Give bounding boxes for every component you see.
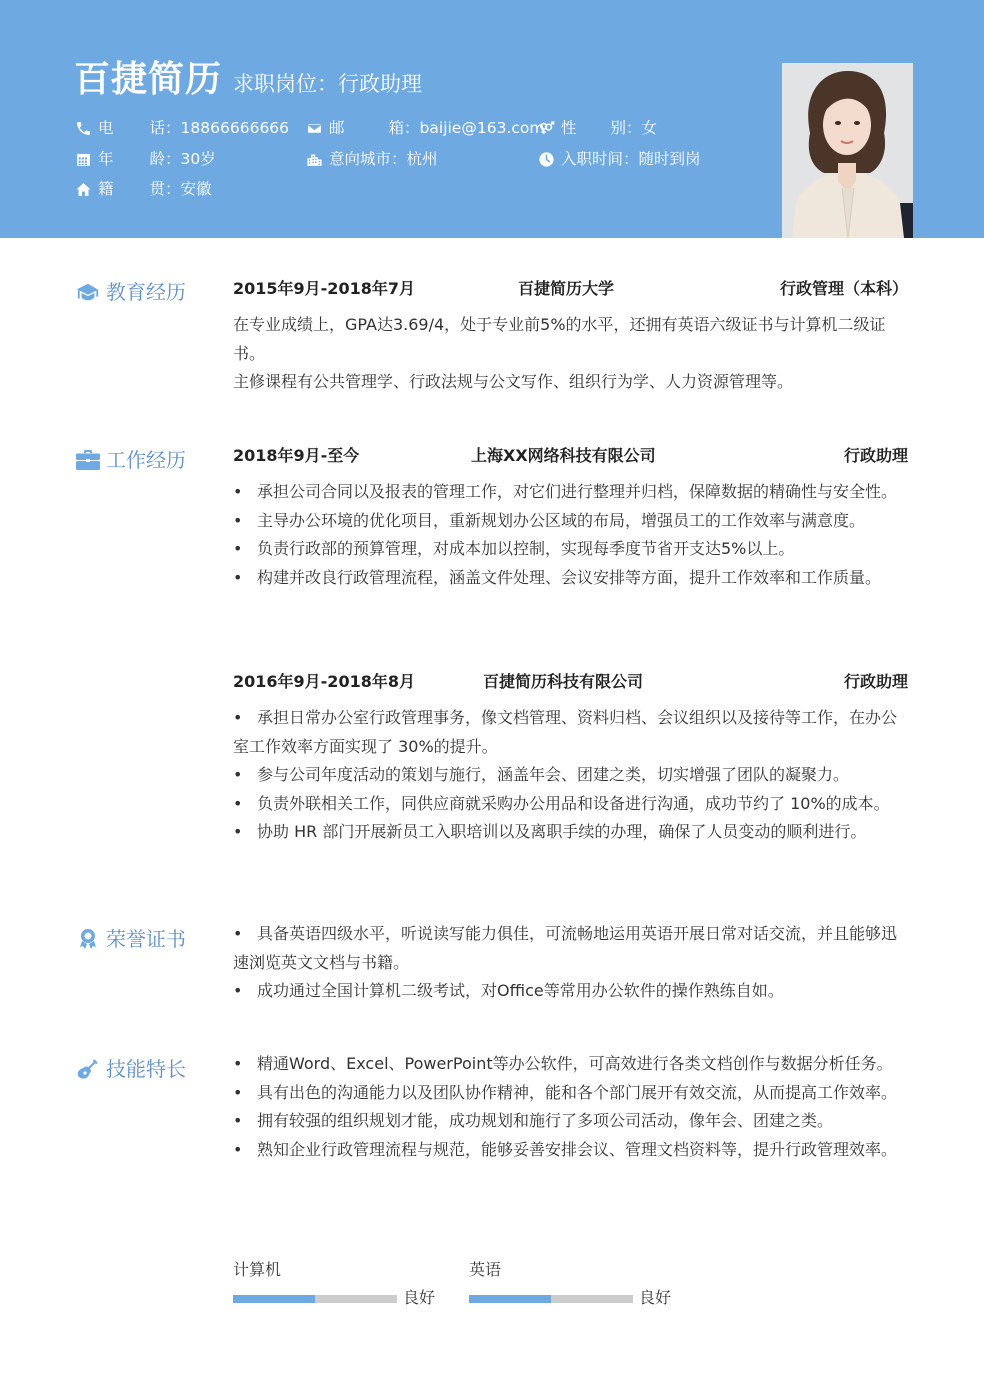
list-item: •承担日常办公室行政管理事务，像文档管理、资料归档、会议组织以及接待等工作，在办… [233,704,903,761]
work-role: 行政助理 [844,670,908,694]
work-entry-header: 2018年9月-至今 上海XX网络科技有限公司 行政助理 [233,444,908,468]
list-item: •负责外联相关工作，同供应商就采购办公用品和设备进行沟通，成功节约了 10%的成… [233,790,903,819]
education-description: 在专业成绩上，GPA达3.69/4，处于专业前5%的水平，还拥有英语六级证书与计… [233,311,903,397]
info-age: 年 龄：30岁 [74,148,216,170]
work-entry-header: 2016年9月-2018年8月 百捷简历科技有限公司 行政助理 [233,670,908,694]
info-start-date: 入职时间：随时到岗 [537,148,701,170]
skill-label: 计算机 [233,1258,281,1282]
education-entry-header: 2015年9月-2018年7月 百捷简历大学 行政管理（本科） [233,277,908,301]
list-item: •拥有较强的组织规划才能，成功规划和施行了多项公司活动，像年会、团建之类。 [233,1107,903,1136]
profile-photo [782,63,913,238]
email-value: baijie@163.com [420,117,545,139]
skill-bar-computer: 计算机 良好 [233,1258,281,1282]
info-email: 邮 箱：baijie@163.com [305,117,544,139]
skills-bullets: •精通Word、Excel、PowerPoint等办公软件，可高效进行各类文档创… [233,1050,903,1164]
skill-track [469,1295,633,1303]
education-school: 百捷简历大学 [518,277,614,301]
skill-level: 良好 [403,1286,435,1310]
list-item: •精通Word、Excel、PowerPoint等办公软件，可高效进行各类文档创… [233,1050,903,1079]
info-gender: 性 别：女 [537,117,657,139]
section-title-skills: 技能特长 [76,1055,186,1083]
skill-label: 英语 [469,1258,501,1282]
skill-level: 良好 [639,1286,671,1310]
work-period: 2016年9月-2018年8月 [233,670,415,694]
clock-icon [537,150,555,168]
calendar-icon [74,150,92,168]
guitar-icon [76,1058,100,1080]
start-date-value: 随时到岗 [639,148,701,170]
hometown-value: 安徽 [181,178,212,200]
mail-icon [305,119,323,137]
section-title-honors: 荣誉证书 [76,925,186,953]
education-period: 2015年9月-2018年7月 [233,277,415,301]
info-hometown: 籍 贯：安徽 [74,178,212,200]
info-phone: 电 话：18866666666 [74,117,289,139]
list-item: •参与公司年度活动的策划与施行，涵盖年会、团建之类，切实增强了团队的凝聚力。 [233,761,903,790]
list-item: •构建并改良行政管理流程，涵盖文件处理、会议安排等方面，提升工作效率和工作质量。 [233,564,903,593]
award-ribbon-icon [76,928,100,950]
city-value: 杭州 [407,148,438,170]
list-item: •承担公司合同以及报表的管理工作，对它们进行整理并归档，保障数据的精确性与安全性… [233,478,903,507]
section-title-education: 教育经历 [76,278,186,306]
job-objective: 求职岗位：行政助理 [233,70,422,98]
graduation-cap-icon [76,281,100,303]
gender-value: 女 [642,117,658,139]
phone-icon [74,119,92,137]
list-item: •协助 HR 部门开展新员工入职培训以及离职手续的办理，确保了人员变动的顺利进行… [233,818,903,847]
work-company: 百捷简历科技有限公司 [483,670,643,694]
list-item: •具有出色的沟通能力以及团队协作精神，能和各个部门展开有效交流，从而提高工作效率… [233,1079,903,1108]
age-value: 30岁 [181,148,216,170]
phone-value: 18866666666 [181,117,289,139]
work-role: 行政助理 [844,444,908,468]
work-bullets: •承担公司合同以及报表的管理工作，对它们进行整理并归档，保障数据的精确性与安全性… [233,478,903,592]
honors-bullets: •具备英语四级水平，听说读写能力俱佳，可流畅地运用英语开展日常对话交流，并且能够… [233,920,903,1006]
section-title-work: 工作经历 [76,446,186,474]
skill-bar-english: 英语 良好 [469,1258,501,1282]
list-item: •主导办公环境的优化项目，重新规划办公区域的布局，增强员工的工作效率与满意度。 [233,507,903,536]
work-company: 上海XX网络科技有限公司 [471,444,656,468]
city-icon [305,150,323,168]
list-item: •熟知企业行政管理流程与规范，能够妥善安排会议、管理文档资料等，提升行政管理效率… [233,1136,903,1165]
info-city: 意向城市：杭州 [305,148,438,170]
gender-icon [537,119,555,137]
resume-name: 百捷简历 [74,58,222,102]
list-item: •成功通过全国计算机二级考试，对Office等常用办公软件的操作熟练自如。 [233,977,903,1006]
skill-track [233,1295,397,1303]
list-item: •具备英语四级水平，听说读写能力俱佳，可流畅地运用英语开展日常对话交流，并且能够… [233,920,903,977]
list-item: •负责行政部的预算管理，对成本加以控制，实现每季度节省开支达5%以上。 [233,535,903,564]
education-major: 行政管理（本科） [780,277,908,301]
home-icon [74,180,92,198]
work-bullets: •承担日常办公室行政管理事务，像文档管理、资料归档、会议组织以及接待等工作，在办… [233,704,903,847]
briefcase-icon [76,449,100,471]
work-period: 2018年9月-至今 [233,444,359,468]
skill-fill [469,1295,551,1303]
skill-fill [233,1295,315,1303]
resume-header: 百捷简历 求职岗位：行政助理 电 话：18866666666 邮 箱：baiji… [0,0,984,238]
